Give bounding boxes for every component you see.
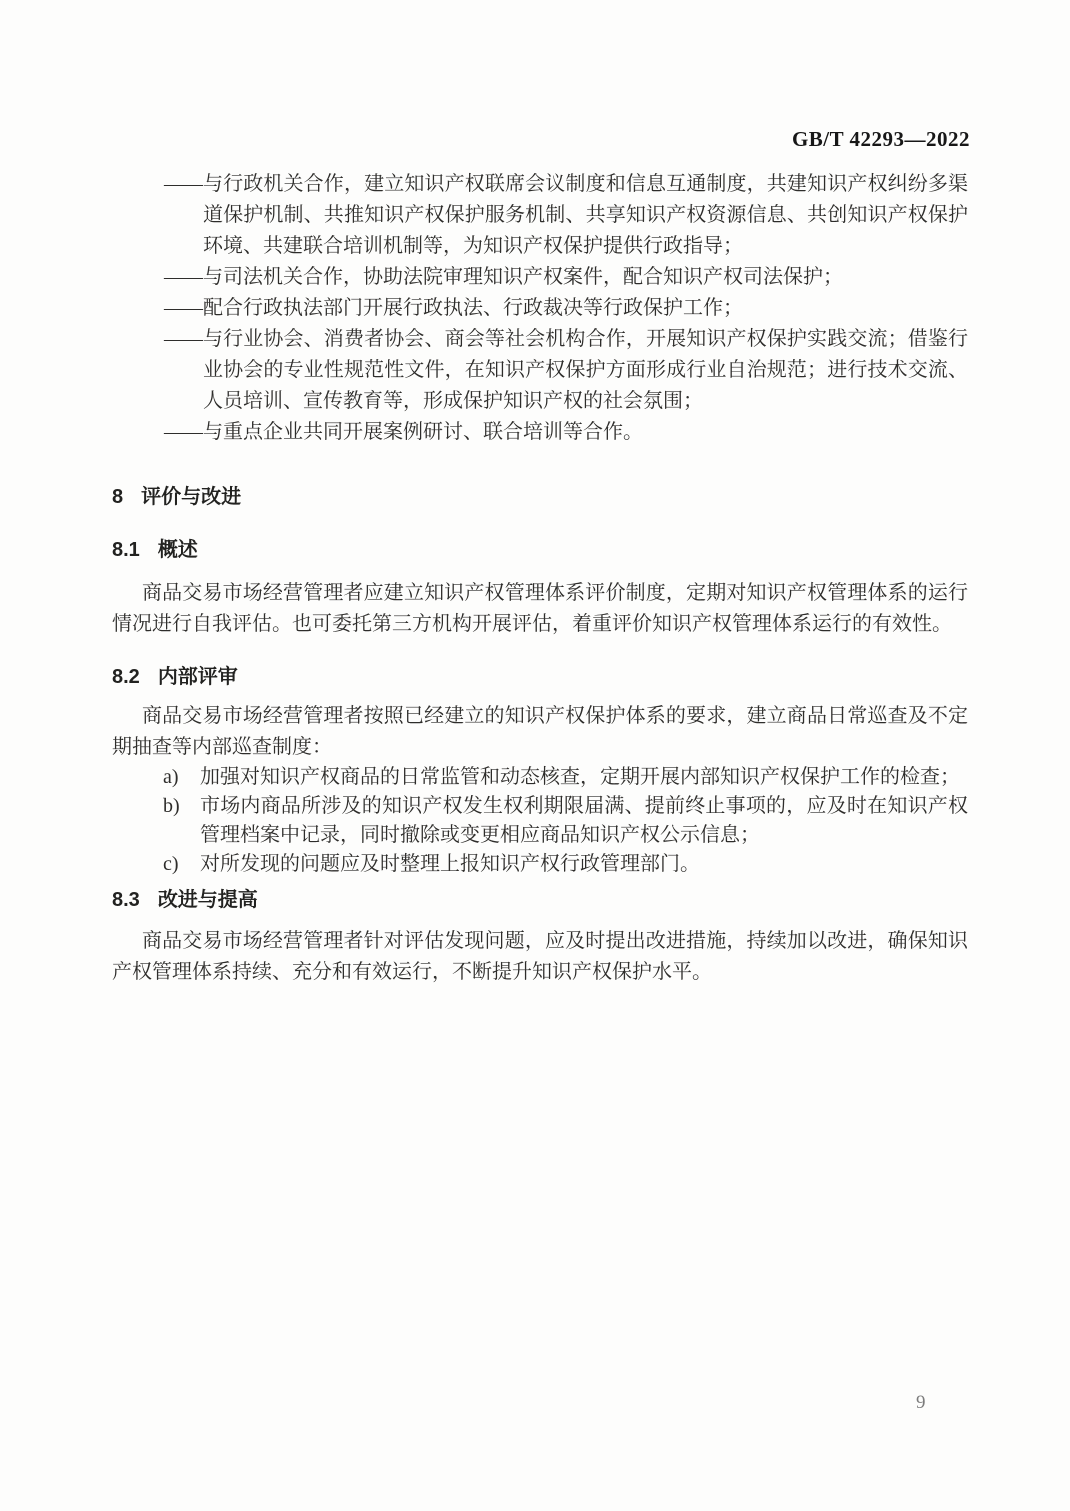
dash-list-item: —— 与重点企业共同开展案例研讨、联合培训等合作。 — [112, 417, 968, 448]
dash-item-text: 配合行政执法部门开展行政执法、行政裁决等行政保护工作； — [203, 297, 743, 319]
dash-marker: —— — [164, 293, 202, 324]
lettered-list-item: c) 对所发现的问题应及时整理上报知识产权行政管理部门。 — [112, 850, 968, 879]
lettered-list: a) 加强对知识产权商品的日常监管和动态核查，定期开展内部知识产权保护工作的检查… — [112, 763, 968, 879]
item-text: 加强对知识产权商品的日常监管和动态核查，定期开展内部知识产权保护工作的检查； — [200, 766, 960, 788]
dash-list: —— 与行政机关合作，建立知识产权联席会议制度和信息互通制度，共建知识产权纠纷多… — [112, 169, 968, 448]
dash-marker: —— — [164, 324, 202, 355]
section-8-1-title: 概述 — [158, 539, 198, 561]
section-8-2-title: 内部评审 — [158, 666, 238, 688]
item-marker: a) — [163, 763, 179, 792]
section-8-2-number: 8.2 — [112, 662, 140, 693]
item-text: 对所发现的问题应及时整理上报知识产权行政管理部门。 — [200, 853, 700, 875]
dash-item-text: 与行业协会、消费者协会、商会等社会机构合作，开展知识产权保护实践交流；借鉴行业协… — [203, 328, 968, 412]
standard-code: GB/T 42293—2022 — [792, 127, 970, 152]
section-8-number: 8 — [112, 482, 123, 513]
section-8-1-heading: 8.1概述 — [112, 535, 968, 566]
section-8-3-number: 8.3 — [112, 885, 140, 916]
item-marker: c) — [163, 850, 179, 879]
dash-marker: —— — [164, 169, 202, 200]
dash-item-text: 与行政机关合作，建立知识产权联席会议制度和信息互通制度，共建知识产权纠纷多渠道保… — [203, 173, 968, 257]
lettered-list-item: a) 加强对知识产权商品的日常监管和动态核查，定期开展内部知识产权保护工作的检查… — [112, 763, 968, 792]
dash-item-text: 与司法机关合作，协助法院审理知识产权案件，配合知识产权司法保护； — [203, 266, 843, 288]
dash-list-item: —— 与行业协会、消费者协会、商会等社会机构合作，开展知识产权保护实践交流；借鉴… — [112, 324, 968, 417]
section-8-2-paragraph: 商品交易市场经营管理者按照已经建立的知识产权保护体系的要求，建立商品日常巡查及不… — [112, 701, 968, 763]
dash-list-item: —— 与行政机关合作，建立知识产权联席会议制度和信息互通制度，共建知识产权纠纷多… — [112, 169, 968, 262]
section-8-3-paragraph: 商品交易市场经营管理者针对评估发现问题，应及时提出改进措施，持续加以改进，确保知… — [112, 926, 968, 988]
item-marker: b) — [163, 792, 180, 821]
dash-marker: —— — [164, 417, 202, 448]
section-8-2-heading: 8.2内部评审 — [112, 662, 968, 693]
page-number: 9 — [916, 1392, 926, 1414]
section-8-title: 评价与改进 — [141, 486, 241, 508]
lettered-list-item: b) 市场内商品所涉及的知识产权发生权利期限届满、提前终止事项的，应及时在知识产… — [112, 792, 968, 850]
dash-item-text: 与重点企业共同开展案例研讨、联合培训等合作。 — [203, 421, 643, 443]
dash-list-item: —— 配合行政执法部门开展行政执法、行政裁决等行政保护工作； — [112, 293, 968, 324]
item-text: 市场内商品所涉及的知识产权发生权利期限届满、提前终止事项的，应及时在知识产权管理… — [200, 795, 968, 846]
section-8-heading: 8评价与改进 — [112, 482, 968, 513]
section-8-3-heading: 8.3改进与提高 — [112, 885, 968, 916]
section-8-3-title: 改进与提高 — [158, 889, 258, 911]
dash-marker: —— — [164, 262, 202, 293]
page-content: —— 与行政机关合作，建立知识产权联席会议制度和信息互通制度，共建知识产权纠纷多… — [112, 169, 968, 988]
section-8-1-number: 8.1 — [112, 535, 140, 566]
section-8-1-paragraph: 商品交易市场经营管理者应建立知识产权管理体系评价制度，定期对知识产权管理体系的运… — [112, 578, 968, 640]
standard-document-page: GB/T 42293—2022 —— 与行政机关合作，建立知识产权联席会议制度和… — [0, 0, 1070, 1511]
dash-list-item: —— 与司法机关合作，协助法院审理知识产权案件，配合知识产权司法保护； — [112, 262, 968, 293]
